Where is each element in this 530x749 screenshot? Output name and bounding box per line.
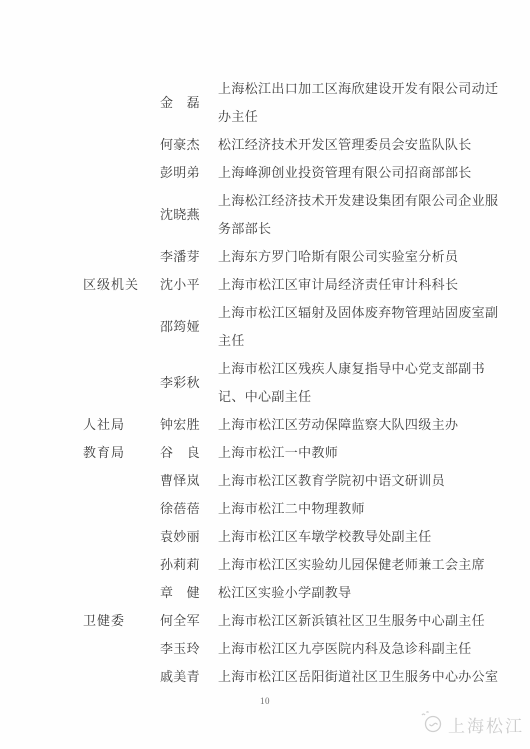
person-name: 章 健	[160, 579, 218, 607]
person-name: 钟宏胜	[160, 411, 218, 439]
person-title: 上海东方罗门哈斯有限公司实验室分析员	[218, 243, 510, 271]
person-title: 上海市松江区车墩学校教导处副主任	[218, 523, 510, 551]
person-name: 何豪杰	[160, 131, 218, 159]
person-title: 上海市松江区辐射及固体废弃物管理站固废室副主任	[218, 299, 510, 355]
table-row: 何豪杰 松江经济技术开发区管理委员会安监队队长	[83, 131, 510, 159]
person-name: 金 磊	[160, 89, 218, 117]
table-row: 人社局 钟宏胜 上海市松江区劳动保障监察大队四级主办	[83, 411, 510, 439]
table-row: 教育局 谷 良 上海市松江一中教师	[83, 439, 510, 467]
table-row: 金 磊 上海松江出口加工区海欣建设开发有限公司动迁办主任	[83, 75, 510, 131]
table-row: 徐蓓蓓 上海市松江二中物理教师	[83, 495, 510, 523]
person-title: 上海松江经济技术开发建设集团有限公司企业服务部部长	[218, 187, 510, 243]
table-row: 彭明弟 上海峰泖创业投资管理有限公司招商部部长	[83, 159, 510, 187]
table-row: 袁妙丽 上海市松江区车墩学校教导处副主任	[83, 523, 510, 551]
table-row: 章 健 松江区实验小学副教导	[83, 579, 510, 607]
person-title: 松江区实验小学副教导	[218, 579, 510, 607]
person-name: 沈晓燕	[160, 201, 218, 229]
person-title: 上海市松江区实验幼儿园保健老师兼工会主席	[218, 551, 510, 579]
table-row: 曹怿岚 上海市松江区教育学院初中语文研训员	[83, 467, 510, 495]
person-name: 戚美青	[160, 663, 218, 691]
shanghai-songjiang-logo-icon	[420, 711, 444, 738]
table-row: 李玉玲 上海市松江区九亭医院内科及急诊科副主任	[83, 635, 510, 663]
person-name: 彭明弟	[160, 159, 218, 187]
table-row: 卫健委 何全军 上海市松江区新浜镇社区卫生服务中心副主任	[83, 607, 510, 635]
person-title: 上海峰泖创业投资管理有限公司招商部部长	[218, 159, 510, 187]
person-title: 上海市松江区审计局经济责任审计科科长	[218, 271, 510, 299]
person-title: 上海市松江一中教师	[218, 439, 510, 467]
table-row: 李彩秋 上海市松江区残疾人康复指导中心党支部副书记、中心副主任	[83, 355, 510, 411]
person-name: 徐蓓蓓	[160, 495, 218, 523]
person-name: 曹怿岚	[160, 467, 218, 495]
person-name: 袁妙丽	[160, 523, 218, 551]
person-name: 李潘芽	[160, 243, 218, 271]
person-name: 孙莉莉	[160, 551, 218, 579]
category-label: 人社局	[83, 411, 160, 439]
table-row: 邵筠娅 上海市松江区辐射及固体废弃物管理站固废室副主任	[83, 299, 510, 355]
watermark: 上海松江	[420, 711, 524, 738]
category-label: 区级机关	[83, 271, 160, 299]
person-title: 上海松江出口加工区海欣建设开发有限公司动迁办主任	[218, 75, 510, 131]
person-name: 谷 良	[160, 439, 218, 467]
watermark-label: 上海松江	[448, 712, 524, 737]
category-label: 卫健委	[83, 607, 160, 635]
person-name: 李彩秋	[160, 369, 218, 397]
table-row: 沈晓燕 上海松江经济技术开发建设集团有限公司企业服务部部长	[83, 187, 510, 243]
person-title: 上海市松江区新浜镇社区卫生服务中心副主任	[218, 607, 510, 635]
page-number: 10	[0, 696, 530, 706]
person-name: 何全军	[160, 607, 218, 635]
table-row: 区级机关 沈小平 上海市松江区审计局经济责任审计科科长	[83, 271, 510, 299]
person-title: 上海市松江二中物理教师	[218, 495, 510, 523]
person-name: 沈小平	[160, 271, 218, 299]
category-label: 教育局	[83, 439, 160, 467]
person-title: 上海市松江区九亭医院内科及急诊科副主任	[218, 635, 510, 663]
person-title: 上海市松江区岳阳街道社区卫生服务中心办公室	[218, 663, 510, 691]
person-title: 上海市松江区劳动保障监察大队四级主办	[218, 411, 510, 439]
person-title: 上海市松江区残疾人康复指导中心党支部副书记、中心副主任	[218, 355, 510, 411]
document-page: 金 磊 上海松江出口加工区海欣建设开发有限公司动迁办主任 何豪杰 松江经济技术开…	[0, 0, 530, 749]
person-title: 上海市松江区教育学院初中语文研训员	[218, 467, 510, 495]
table-row: 孙莉莉 上海市松江区实验幼儿园保健老师兼工会主席	[83, 551, 510, 579]
person-name: 邵筠娅	[160, 313, 218, 341]
person-name: 李玉玲	[160, 635, 218, 663]
table-row: 戚美青 上海市松江区岳阳街道社区卫生服务中心办公室	[83, 663, 510, 691]
person-title: 松江经济技术开发区管理委员会安监队队长	[218, 131, 510, 159]
awards-list: 金 磊 上海松江出口加工区海欣建设开发有限公司动迁办主任 何豪杰 松江经济技术开…	[83, 75, 510, 691]
table-row: 李潘芽 上海东方罗门哈斯有限公司实验室分析员	[83, 243, 510, 271]
